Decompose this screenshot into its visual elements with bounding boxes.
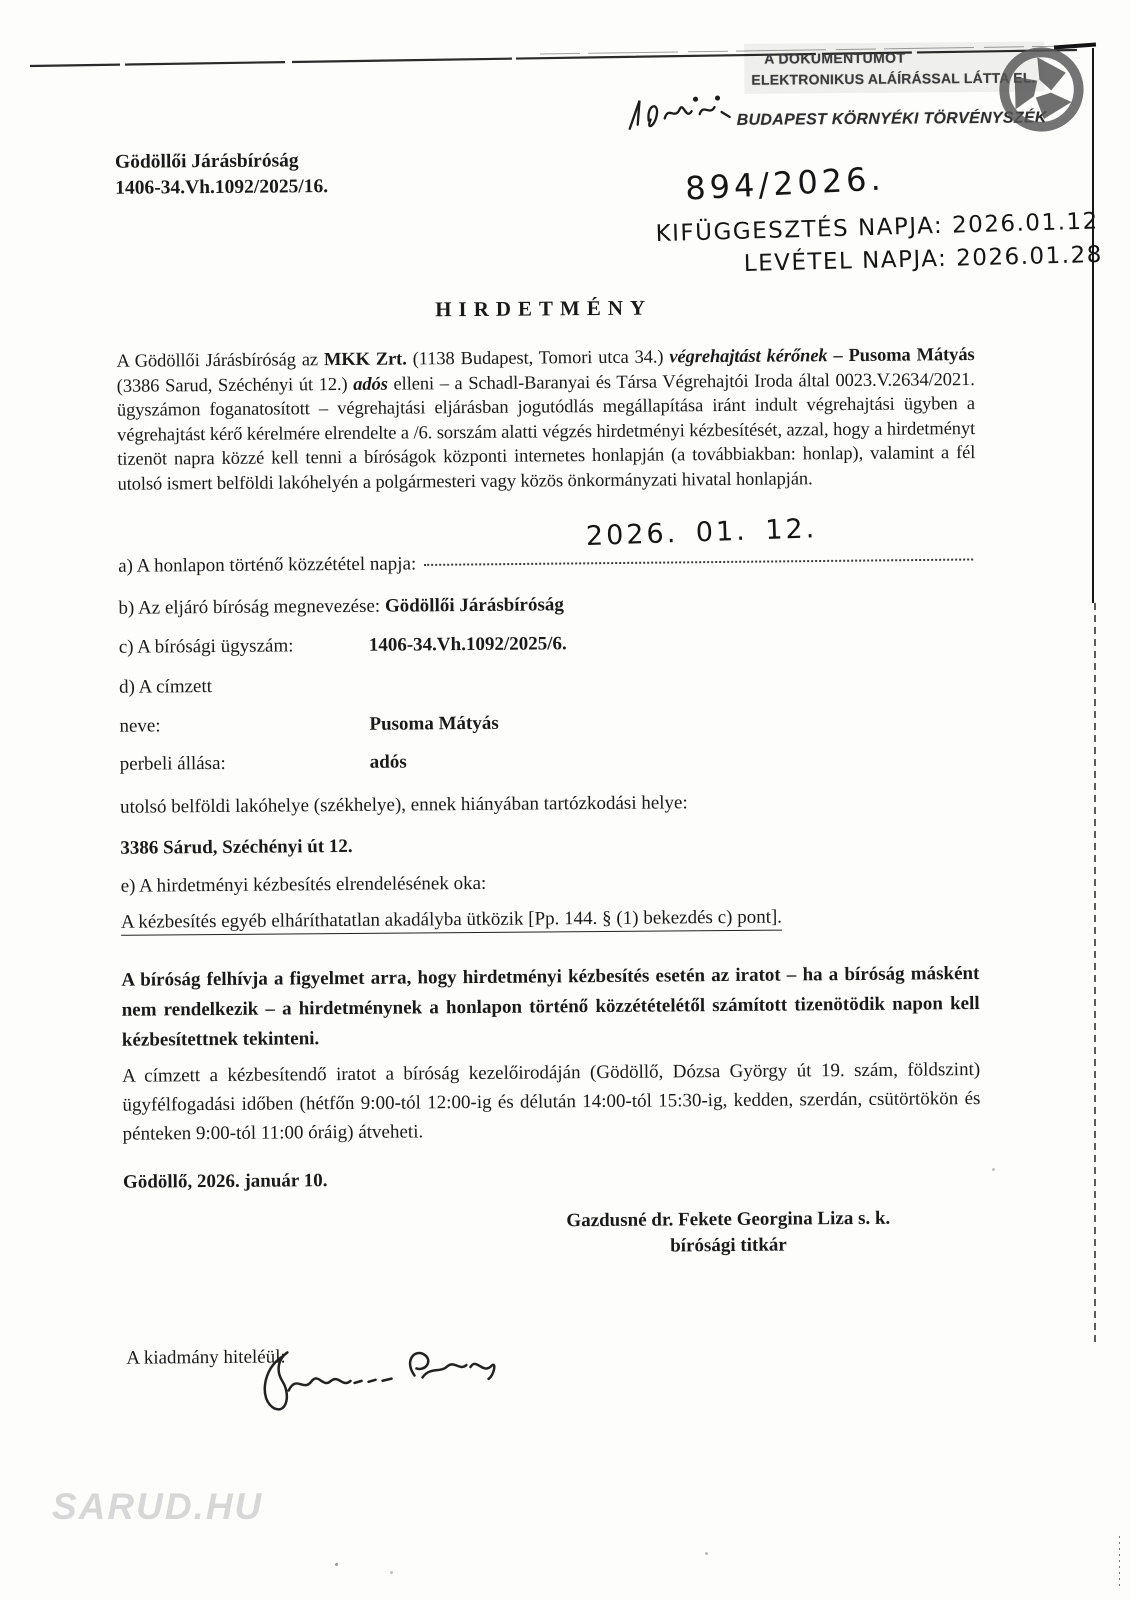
handwritten-removal-date: LEVÉTEL NAPJA: 2026.01.28 [744, 242, 1104, 277]
handwritten-publication-date: 2026. 01. 12. [585, 513, 817, 552]
stamp-line-1: A DOKUMENTUMOT [764, 50, 905, 67]
role-value: adós [370, 752, 407, 774]
signer-block: Gazdusné dr. Fekete Georgina Liza s. k. … [508, 1205, 948, 1260]
address-value: 3386 Sárud, Széchényi út 12. [120, 831, 975, 860]
stamp-line-2: ELEKTRONIKUS ALÁÍRÁSSAL LÁTTA EL. [751, 70, 1035, 88]
role-label: perbeli állása: [120, 753, 226, 775]
name-value: Pusoma Mátyás [369, 713, 498, 736]
scanned-document-page: A DOKUMENTUMOT ELEKTRONIKUS ALÁÍRÁSSAL L… [0, 0, 1131, 1600]
item-b-court: b) Az eljáró bíróság megnevezése: Gödöll… [118, 591, 973, 620]
court-seal-logo-icon [994, 42, 1089, 137]
clerk-initials-signature [622, 88, 734, 147]
intro-paragraph: A Gödöllői Járásbíróság az MKK Zrt. (113… [116, 343, 975, 497]
item-c-label: c) A bírósági ügyszám: [119, 635, 294, 657]
name-label: neve: [119, 715, 160, 736]
addressee-name-row: neve: Pusoma Mátyás [119, 709, 974, 738]
attestation-signature [242, 1335, 509, 1433]
item-a-label: a) A honlapon történő közzététel napja: [118, 553, 416, 577]
document-content: A DOKUMENTUMOT ELEKTRONIKUS ALÁÍRÁSSAL L… [0, 0, 1131, 1600]
handwritten-posting-date: KIFÜGGESZTÉS NAPJA: 2026.01.12 [655, 208, 1099, 247]
handwritten-registry-number: 894/2026. [684, 159, 885, 207]
addressee-role-row: perbeli állása: adós [120, 747, 975, 776]
issuing-court-block: Gödöllői Járásbíróság 1406-34.Vh.1092/20… [115, 148, 328, 202]
item-e-reason-value: A kézbesítés egyéb elháríthatatlan akadá… [121, 905, 976, 934]
item-e-reason-label: e) A hirdetményi kézbesítés elrendelésén… [121, 869, 976, 898]
document-title: HIRDETMÉNY [116, 293, 971, 325]
item-d-addressee: d) A címzett [119, 670, 974, 699]
issuing-court-name: Gödöllői Járásbíróság [115, 148, 328, 176]
item-c-value: 1406-34.Vh.1092/2025/6. [369, 633, 567, 657]
issuing-case-number: 1406-34.Vh.1092/2025/16. [115, 174, 328, 202]
item-b-label: b) Az eljáró bíróság megnevezése: [118, 596, 380, 619]
signer-name: Gazdusné dr. Fekete Georgina Liza s. k. [508, 1205, 948, 1234]
place-and-date: Gödöllő, 2026. január 10. [123, 1165, 978, 1194]
item-c-case-number: c) A bírósági ügyszám: 1406-34.Vh.1092/2… [119, 630, 974, 659]
item-b-value: Gödöllői Járásbíróság [385, 594, 564, 616]
address-label: utolsó belföldi lakóhelye (székhelye), e… [120, 790, 975, 819]
dotted-leader [424, 558, 973, 565]
watermark: SARUD.HU [52, 1486, 263, 1528]
pickup-information: A címzett a kézbesítendő iratot a bírósá… [122, 1055, 981, 1149]
deemed-service-notice: A bíróság felhívja a figyelmet arra, hog… [121, 959, 980, 1056]
signer-title: bírósági titkár [508, 1231, 948, 1260]
item-a-publication-date: a) A honlapon történő közzététel napja: … [118, 549, 973, 578]
